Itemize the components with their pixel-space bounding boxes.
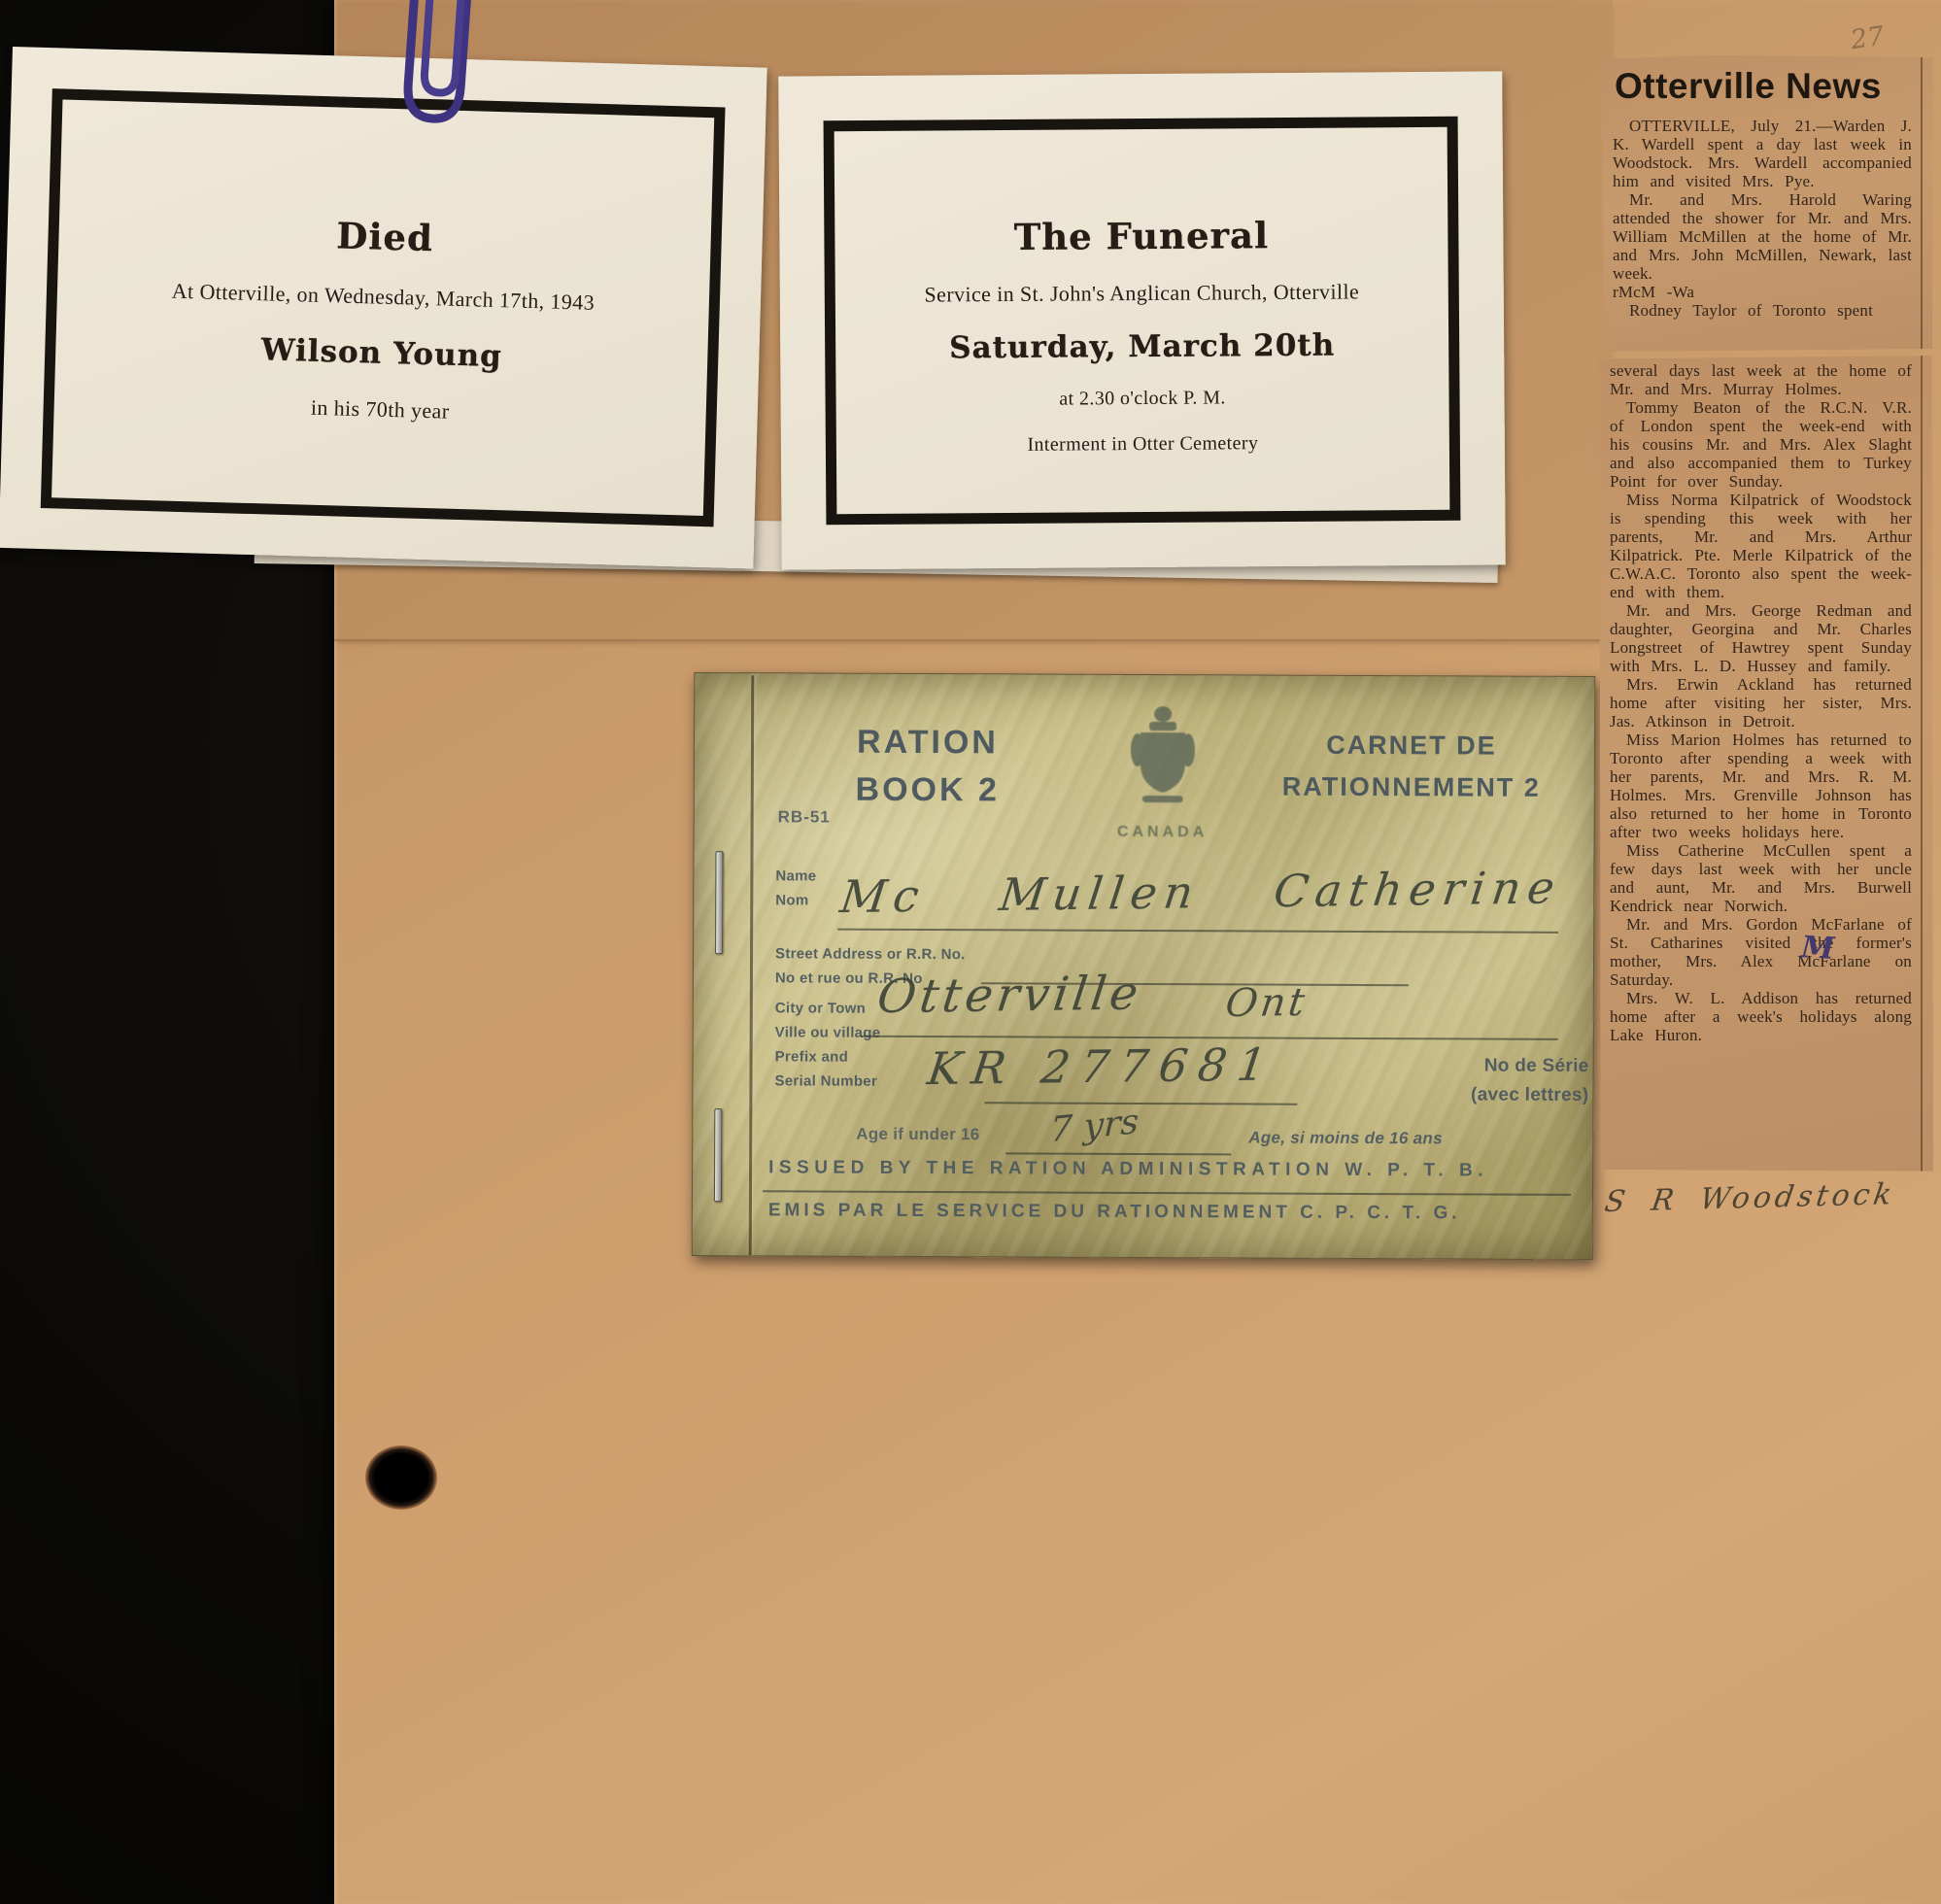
interment-line: Interment in Otter Cemetery xyxy=(1027,432,1258,457)
title-fr-line2: RATIONNEMENT 2 xyxy=(1266,766,1557,809)
paperclip xyxy=(375,0,494,148)
pen-correction-m: M xyxy=(1800,930,1835,967)
ration-book-title-en: RATION BOOK 2 xyxy=(821,719,1035,816)
newspaper-paragraph: Miss Norma Kilpatrick of Woodstock is sp… xyxy=(1610,491,1912,601)
emis-par-line: EMIS PAR LE SERVICE DU RATIONNEMENT C. P… xyxy=(768,1200,1461,1224)
column-rule xyxy=(1921,356,1923,1174)
funeral-title: The Funeral xyxy=(1014,214,1270,258)
serial-label-en-line1: Prefix and xyxy=(775,1045,878,1070)
issued-by-line: ISSUED BY THE RATION ADMINISTRATION W. P… xyxy=(768,1157,1488,1181)
age-label-en: Age if under 16 xyxy=(856,1121,979,1149)
newspaper-paragraph: rMcM -Wa xyxy=(1613,283,1912,301)
newspaper-body-top: OTTERVILLE, July 21.—Warden J. K. Wardel… xyxy=(1613,117,1912,320)
age-label-fr: Age, si moins de 16 ans xyxy=(1248,1124,1443,1152)
funeral-date: Saturday, March 20th xyxy=(949,328,1335,366)
newspaper-paragraph: OTTERVILLE, July 21.—Warden J. K. Wardel… xyxy=(1613,117,1912,190)
newspaper-paragraph: Tommy Beaton of the R.C.N. V.R. of Londo… xyxy=(1610,398,1912,491)
serial-field-label-fr: No de Série (avec lettres) xyxy=(1413,1051,1588,1111)
newspaper-clipping-top: Otterville News OTTERVILLE, July 21.—War… xyxy=(1601,54,1933,352)
ration-book-title-fr: CARNET DE RATIONNEMENT 2 xyxy=(1266,725,1557,810)
name-handwriting: Mc Mullen Catherine xyxy=(837,861,1564,923)
newspaper-paragraph: Miss Marion Holmes has returned to Toron… xyxy=(1610,731,1912,841)
city-field-label: City or Town Ville ou village xyxy=(775,997,881,1045)
punch-hole xyxy=(365,1445,437,1510)
newspaper-paragraph: Mrs. W. L. Addison has returned home aft… xyxy=(1610,989,1912,1044)
column-rule xyxy=(1921,54,1923,352)
crest-caption: CANADA xyxy=(1114,824,1211,841)
city-label-fr: Ville ou village xyxy=(775,1021,881,1045)
service-line: Service in St. John's Anglican Church, O… xyxy=(924,279,1359,307)
serial-field-line xyxy=(984,1102,1297,1105)
title-fr-line1: CARNET DE xyxy=(1266,725,1557,767)
serial-label-fr-line1: No de Série xyxy=(1413,1051,1588,1081)
street-label-en: Street Address or R.R. No. xyxy=(775,942,966,968)
memorial-card-right-panel: The Funeral Service in St. John's Anglic… xyxy=(778,71,1506,569)
deceased-name: Wilson Young xyxy=(260,332,502,374)
form-code: RB-51 xyxy=(778,807,831,827)
name-field-line xyxy=(837,929,1558,934)
died-title: Died xyxy=(336,214,434,259)
newspaper-paragraph: Mr. and Mrs. George Redman and daughter,… xyxy=(1610,601,1912,675)
newspaper-paragraph: Mr. and Mrs. Gordon McFarlane of St. Cat… xyxy=(1610,915,1912,989)
newspaper-paragraph: Mr. and Mrs. Harold Waring attended the … xyxy=(1613,190,1912,283)
scrapbook-photo: Died At Otterville, on Wednesday, March … xyxy=(0,0,1941,1904)
age-field-line xyxy=(1005,1152,1231,1155)
death-date-line: At Otterville, on Wednesday, March 17th,… xyxy=(172,278,596,315)
city-label-en: City or Town xyxy=(775,997,881,1021)
newspaper-clipping-bottom: several days last week at the home of Mr… xyxy=(1598,356,1933,1174)
name-label-fr: Nom xyxy=(775,889,816,913)
title-en-line2: BOOK 2 xyxy=(821,766,1035,815)
age-handwriting: 7 yrs xyxy=(1049,1102,1140,1150)
staple-top xyxy=(715,851,723,954)
serial-label-fr-line2: (avec lettres) xyxy=(1413,1081,1588,1111)
name-field-label: Name Nom xyxy=(775,865,816,913)
book-binding-crease xyxy=(749,675,755,1255)
newspaper-paragraph: Rodney Taylor of Toronto spent xyxy=(1613,301,1912,320)
pencil-page-number: 27 xyxy=(1849,21,1886,55)
serial-label-en-line2: Serial Number xyxy=(774,1070,877,1094)
canada-coat-of-arms-stamp: CANADA xyxy=(1114,702,1212,841)
newspaper-headline: Otterville News xyxy=(1615,66,1912,107)
newspaper-paragraph: Mrs. Erwin Ackland has returned home aft… xyxy=(1610,675,1912,731)
title-en-line1: RATION xyxy=(821,719,1035,767)
serial-field-label: Prefix and Serial Number xyxy=(774,1045,877,1094)
staple-bottom xyxy=(714,1108,722,1202)
ration-book: RATION BOOK 2 CANADA CARNET DE RATIONNEM… xyxy=(692,672,1596,1260)
newspaper-paragraph: several days last week at the home of Mr… xyxy=(1610,361,1912,398)
funeral-time: at 2.30 o'clock P. M. xyxy=(1059,387,1226,410)
province-handwriting: Ont xyxy=(1223,980,1311,1026)
city-handwriting: Otterville xyxy=(874,967,1145,1025)
newspaper-paragraph: Miss Catherine McCullen spent a few days… xyxy=(1610,841,1912,915)
newspaper-body-bottom: several days last week at the home of Mr… xyxy=(1610,361,1912,1044)
serial-handwriting: KR 277681 xyxy=(925,1037,1280,1095)
name-label-en: Name xyxy=(775,865,816,889)
age-line: in his 70th year xyxy=(311,394,450,424)
footer-divider xyxy=(763,1190,1571,1196)
